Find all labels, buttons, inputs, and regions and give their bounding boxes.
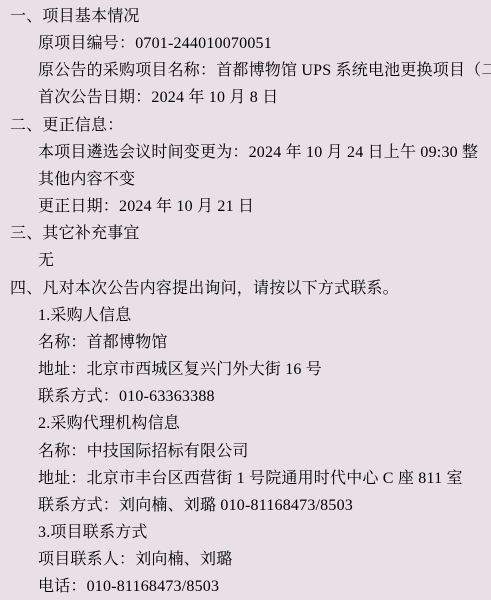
section-line: 地址：北京市丰台区西营街 1 号院通用时代中心 C 座 811 室 (10, 465, 491, 492)
section-line: 名称：中技国际招标有限公司 (10, 438, 491, 465)
section-heading: 一、项目基本情况 (10, 3, 491, 30)
section-line: 3.项目联系方式 (10, 519, 491, 546)
section-heading: 四、凡对本次公告内容提出询问，请按以下方式联系。 (10, 275, 491, 302)
section-line: 原公告的采购项目名称：首都博物馆 UPS 系统电池更换项目（二次） (10, 57, 491, 84)
section-line: 联系方式：010-63363388 (10, 383, 491, 410)
section-line: 更正日期：2024 年 10 月 21 日 (10, 193, 491, 220)
section-heading: 三、其它补充事宜 (10, 220, 491, 247)
announcement-document: 一、项目基本情况原项目编号：0701-244010070051原公告的采购项目名… (0, 0, 491, 600)
section-line: 地址：北京市西城区复兴门外大街 16 号 (10, 356, 491, 383)
section-line: 首次公告日期：2024 年 10 月 8 日 (10, 84, 491, 111)
section-line: 2.采购代理机构信息 (10, 410, 491, 437)
section-line: 名称：首都博物馆 (10, 329, 491, 356)
section-heading: 二、更正信息： (10, 112, 491, 139)
section-line: 项目联系人：刘向楠、刘璐 (10, 546, 491, 573)
section-line: 电话：010-81168473/8503 (10, 573, 491, 600)
section-line: 原项目编号：0701-244010070051 (10, 30, 491, 57)
section-line: 1.采购人信息 (10, 302, 491, 329)
announcement-body: 一、项目基本情况原项目编号：0701-244010070051原公告的采购项目名… (10, 3, 491, 600)
page: { "theme": { "background_color": "#e8e0e… (0, 0, 491, 600)
section-line: 其他内容不变 (10, 166, 491, 193)
section-line: 无 (10, 247, 491, 274)
section-line: 本项目遴选会议时间变更为：2024 年 10 月 24 日上午 09:30 整 (10, 139, 491, 166)
section-line: 联系方式：刘向楠、刘璐 010-81168473/8503 (10, 492, 491, 519)
